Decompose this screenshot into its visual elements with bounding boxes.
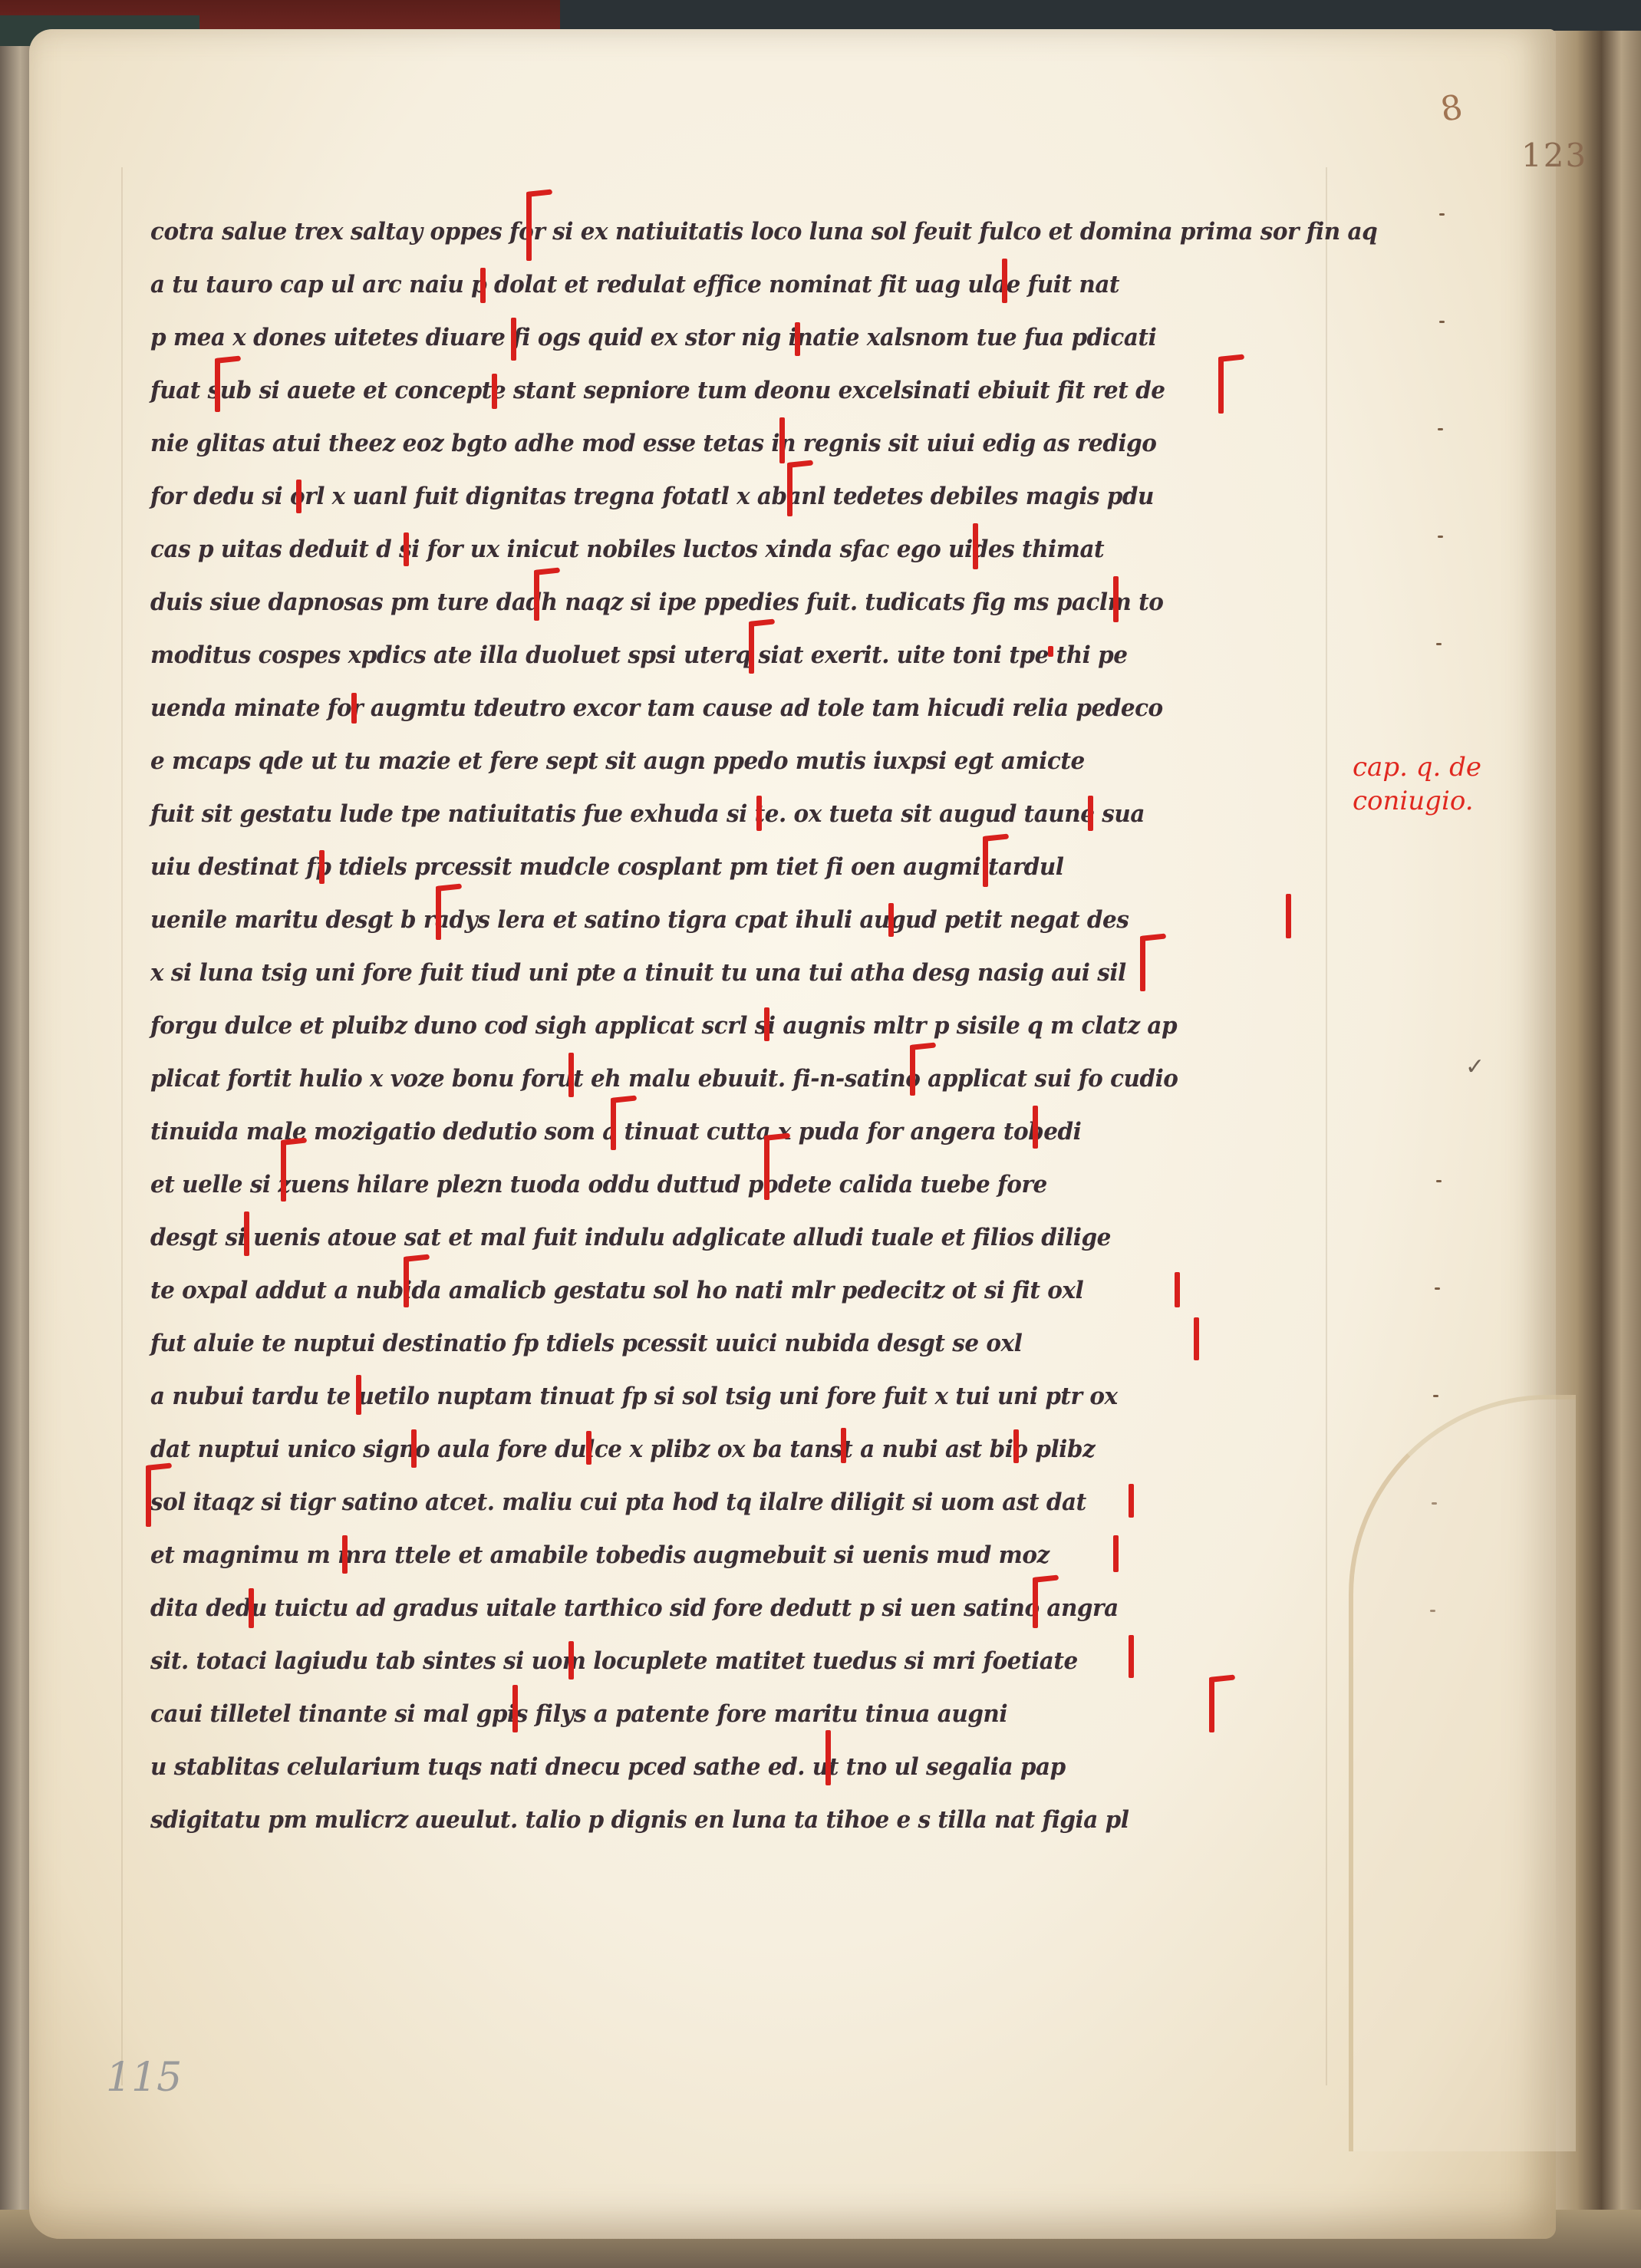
text-line: cotra salue trex saltay oppes for si ex … (150, 206, 1355, 259)
text-line: forgu dulce et pluibz duno cod sigh appl… (150, 1000, 1355, 1053)
paragraph-mark-red (1218, 357, 1224, 414)
check-mark-icon: ✓ (1465, 1053, 1484, 1080)
rubric-stroke (296, 480, 302, 513)
rubric-stroke (404, 532, 409, 566)
text-line: uiu destinat fp tdiels prcessit mudcle c… (150, 841, 1355, 894)
paragraph-mark-red (1033, 1577, 1038, 1628)
text-line: nie glitas atui theez eoz bgto adhe mod … (150, 417, 1355, 470)
text-line: dita dedu tuictu ad gradus uitale tarthi… (150, 1582, 1355, 1635)
pricking-mark (1432, 1502, 1437, 1505)
text-line: plicat fortit hulio x voze bonu forut eh… (150, 1053, 1355, 1106)
rubric-stroke (356, 1375, 361, 1415)
text-line: et magnimu m mra ttele et amabile tobedi… (150, 1529, 1355, 1582)
rubric-stroke (244, 1211, 249, 1256)
rubric-stroke (512, 1685, 518, 1732)
text-line: for dedu si orl x uanl fuit dignitas tre… (150, 470, 1355, 523)
paragraph-mark-red (749, 621, 754, 674)
rubric-stroke (351, 693, 357, 724)
rubric-stroke (841, 1428, 846, 1463)
rubric-stroke (1129, 1635, 1134, 1678)
rubric-stroke (586, 1431, 591, 1465)
rubric-stroke (411, 1429, 417, 1468)
main-text-column: cotra salue trex saltay oppes for si ex … (150, 206, 1355, 1847)
text-line: fut aluie te nuptui destinatio fp tdiels… (150, 1317, 1355, 1370)
rubric-note-line: coniugio. (1353, 784, 1481, 818)
text-line: fuat sub si auete et concepte stant sepn… (150, 364, 1355, 417)
pricking-mark (1439, 213, 1445, 216)
paragraph-mark-red (146, 1465, 151, 1527)
rubric-stroke (888, 903, 894, 937)
pricking-mark (1436, 643, 1442, 645)
rubric-stroke (568, 1053, 574, 1097)
rubric-stroke (1088, 796, 1093, 831)
rubric-stroke (480, 268, 486, 303)
text-line: moditus cospes xpdics ate illa duoluet s… (150, 629, 1355, 682)
rubric-dot (1048, 646, 1053, 657)
rubric-note-line: cap. q. de (1353, 750, 1481, 784)
ruling-line-left (121, 167, 123, 2085)
text-line: sol itaqz si tigr satino atcet. maliu cu… (150, 1476, 1355, 1529)
rubric-stroke (795, 322, 800, 356)
quire-mark: 8 (1438, 87, 1465, 130)
rubric-stroke (825, 1730, 831, 1785)
paragraph-mark-red (983, 836, 988, 887)
rubric-stroke (1286, 894, 1291, 938)
paragraph-mark-red (787, 463, 792, 516)
rubric-stroke (756, 796, 762, 831)
rubric-stroke (1033, 1106, 1038, 1149)
rubric-stroke (764, 1007, 769, 1041)
manuscript-folio: 8 123 115 ✓ cap. q. de coniugio. cotra s… (29, 29, 1556, 2239)
rubric-stroke (1113, 1535, 1119, 1572)
paragraph-mark-red (526, 192, 532, 261)
text-line: te oxpal addut a nubida amalicb gestatu … (150, 1264, 1355, 1317)
pricking-mark (1430, 1610, 1435, 1612)
rubric-marginal-note: cap. q. de coniugio. (1353, 750, 1481, 818)
paragraph-mark-red (281, 1140, 286, 1202)
text-line: fuit sit gestatu lude tpe natiuitatis fu… (150, 788, 1355, 841)
pricking-mark (1438, 428, 1443, 430)
rubric-stroke (1013, 1429, 1019, 1463)
pricking-mark (1439, 321, 1445, 323)
pricking-mark (1433, 1395, 1438, 1397)
paragraph-mark-red (215, 358, 220, 412)
paragraph-mark-red (1209, 1677, 1214, 1732)
text-line: desgt si uenis atoue sat et mal fuit ind… (150, 1211, 1355, 1264)
rubric-stroke (1175, 1272, 1180, 1307)
paragraph-mark-red (764, 1136, 769, 1200)
rubric-stroke (1002, 259, 1007, 303)
text-line: et uelle si zuens hilare plezn tuoda odd… (150, 1159, 1355, 1211)
paragraph-mark-red (910, 1045, 915, 1096)
rubric-stroke (342, 1535, 348, 1574)
text-line: tinuida male mozigatio dedutio som a tin… (150, 1106, 1355, 1159)
text-line: a tu tauro cap ul arc naiu p dolat et re… (150, 259, 1355, 312)
rubric-stroke (779, 417, 785, 463)
rubric-stroke (1129, 1484, 1134, 1518)
pricking-mark (1435, 1287, 1440, 1290)
rubric-stroke (973, 523, 978, 569)
text-line: a nubui tardu te uetilo nuptam tinuat fp… (150, 1370, 1355, 1423)
paragraph-mark-red (436, 886, 441, 940)
folio-number: 123 (1521, 137, 1587, 174)
rubric-stroke (249, 1588, 254, 1628)
binding-shadow (560, 0, 1641, 31)
rubric-stroke (1194, 1317, 1199, 1360)
rubric-stroke (319, 850, 325, 884)
pricking-mark (1438, 536, 1443, 538)
rubric-stroke (511, 318, 516, 361)
text-line: e mcaps qde ut tu mazie et fere sept sit… (150, 735, 1355, 788)
text-line: u stablitas celularium tuqs nati dnecu p… (150, 1741, 1355, 1794)
rubric-stroke (1113, 576, 1119, 622)
pricking-mark (1436, 1180, 1442, 1182)
text-line: caui tilletel tinante si mal gpis filys … (150, 1688, 1355, 1741)
paragraph-mark-red (1140, 936, 1145, 991)
paragraph-mark-red (611, 1098, 616, 1150)
text-line: sdigitatu pm mulicrz aueulut. talio p di… (150, 1794, 1355, 1847)
text-line: cas p uitas deduit d si for ux inicut no… (150, 523, 1355, 576)
text-line: uenile maritu desgt b radys lera et sati… (150, 894, 1355, 947)
text-line: p mea x dones uitetes diuare fi ogs quid… (150, 312, 1355, 364)
text-line: x si luna tsig uni fore fuit tiud uni pt… (150, 947, 1355, 1000)
rubric-stroke (568, 1641, 574, 1680)
pencil-foliation: 115 (106, 2055, 182, 2101)
paragraph-mark-red (404, 1257, 409, 1307)
text-line: sit. totaci lagiudu tab sintes si uom lo… (150, 1635, 1355, 1688)
rubric-stroke (492, 374, 497, 409)
paragraph-mark-red (534, 570, 539, 621)
text-line: dat nuptui unico signo aula fore dulce x… (150, 1423, 1355, 1476)
text-line: uenda minate for augmtu tdeutro excor ta… (150, 682, 1355, 735)
